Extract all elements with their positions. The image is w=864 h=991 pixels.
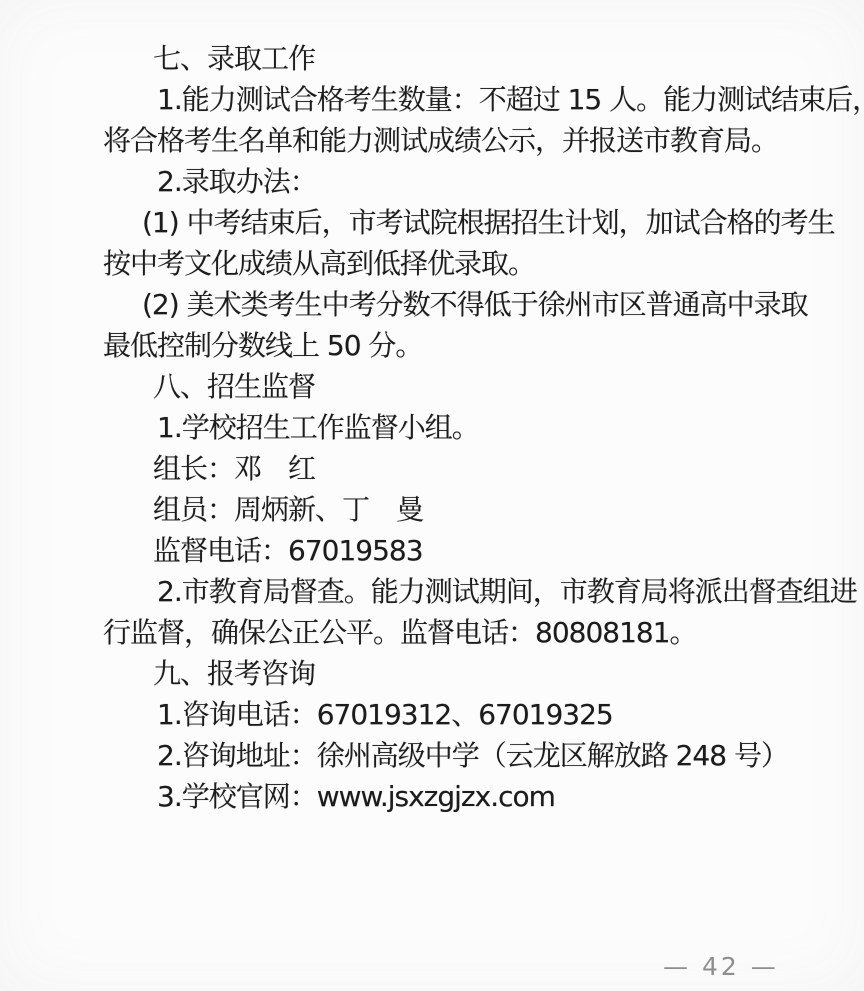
group-members-line: 组员：周炳新、丁 曼 [103, 489, 763, 530]
consult-phone-line: 1.咨询电话：67019312、67019325 [103, 694, 763, 735]
section-heading-9: 九、报考咨询 [103, 653, 763, 694]
consult-address-line: 2.咨询地址：徐州高级中学（云龙区解放路 248 号） [103, 735, 763, 776]
sub-item-line: (2) 美术类考生中考分数不得低于徐州市区普通高中录取 [103, 284, 763, 325]
paragraph-line: 1.学校招生工作监督小组。 [103, 407, 763, 448]
sub-item-line: 最低控制分数线上 50 分。 [103, 325, 763, 366]
paragraph-line: 行监督，确保公正公平。监督电话：80808181。 [103, 612, 763, 653]
paragraph-line: 2.录取办法： [103, 161, 763, 202]
supervision-phone-line: 监督电话：67019583 [103, 530, 763, 571]
section-heading-8: 八、招生监督 [103, 366, 763, 407]
text-block: 七、录取工作 1.能力测试合格考生数量：不超过 15 人。能力测试结束后， 将合… [103, 38, 763, 817]
sub-item-line: (1) 中考结束后，市考试院根据招生计划，加试合格的考生 [103, 202, 763, 243]
paragraph-line: 2.市教育局督查。能力测试期间，市教育局将派出督查组进 [103, 571, 763, 612]
page-number: — 42 — [663, 950, 779, 984]
document-page: 七、录取工作 1.能力测试合格考生数量：不超过 15 人。能力测试结束后， 将合… [0, 0, 864, 991]
group-leader-line: 组长：邓 红 [103, 448, 763, 489]
sub-item-line: 按中考文化成绩从高到低择优录取。 [103, 243, 763, 284]
paragraph-line: 将合格考生名单和能力测试成绩公示，并报送市教育局。 [103, 120, 763, 161]
section-heading-7: 七、录取工作 [103, 38, 763, 79]
paragraph-line: 1.能力测试合格考生数量：不超过 15 人。能力测试结束后， [103, 79, 763, 120]
school-website-line: 3.学校官网：www.jsxzgjzx.com [103, 776, 763, 817]
